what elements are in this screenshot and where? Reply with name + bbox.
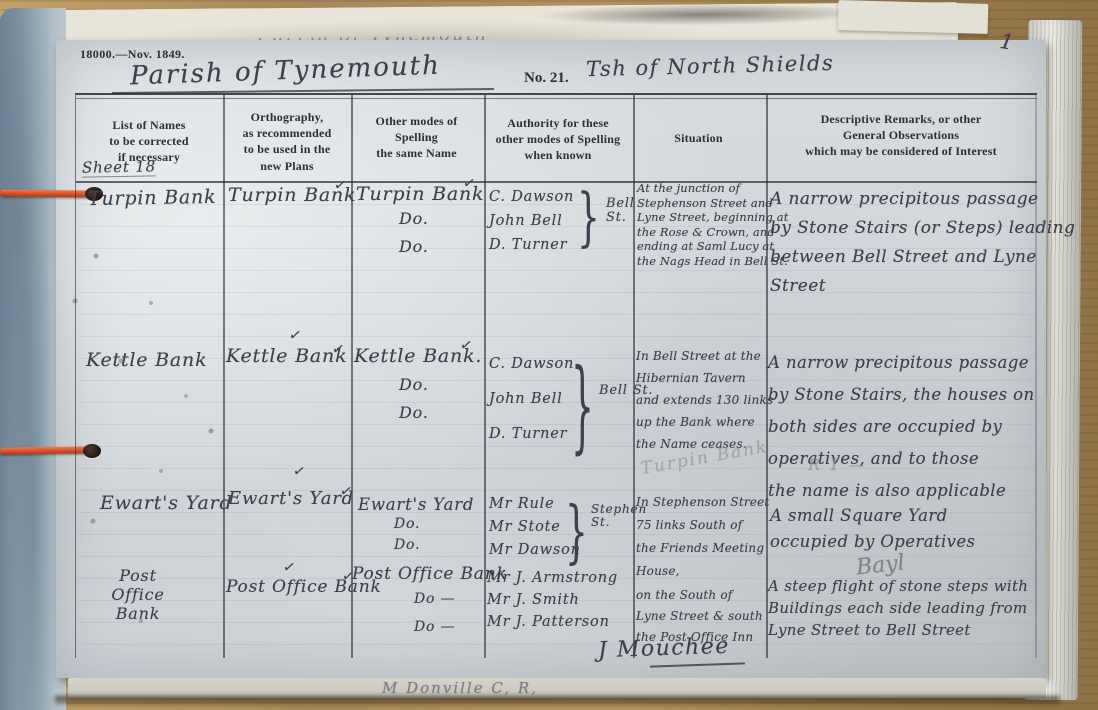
- sheet-number-label: No. 21.: [524, 70, 569, 87]
- next-page-edge: [68, 678, 1046, 698]
- column-divider-1: [223, 95, 225, 658]
- row1-situation: At the junction of Stephenson Street and…: [637, 181, 788, 268]
- column-header-authority: Authority for these other modes of Spell…: [485, 115, 631, 164]
- row2-authorities: C. Dawson John Bell D. Turner: [489, 347, 574, 452]
- row2-other-spelling-3: Do.: [399, 403, 429, 422]
- column-header-other-spellings: Other modes of Spelling the same Name: [352, 113, 481, 162]
- column-header-situation: Situation: [634, 130, 763, 146]
- row3-orthography: Ewart's Yard: [228, 488, 354, 509]
- row4-remarks: A steep flight of stone steps with Build…: [768, 575, 1028, 641]
- row3-situation: In Stephenson Street 75 links South of t…: [636, 491, 769, 583]
- row3-name: Ewart's Yard: [100, 492, 232, 514]
- row2-orthography: Kettle Bank: [226, 345, 347, 367]
- header-separator-line: [76, 181, 1037, 183]
- row3-other-spelling-1: Ewart's Yard: [358, 495, 474, 514]
- row3-other-spelling-3: Do.: [394, 537, 420, 553]
- column-divider-4: [633, 95, 635, 658]
- brace-icon: }: [571, 350, 594, 465]
- column-divider-6: [1035, 95, 1037, 658]
- row1-authority-street: Bell St.: [606, 197, 635, 225]
- next-page-partial-text: M Donville C, R,: [382, 679, 538, 697]
- row2-name: Kettle Bank: [86, 349, 207, 371]
- brace-icon: }: [565, 494, 588, 572]
- row4-other-spelling-2: Do —: [414, 591, 455, 607]
- row4-name: Post Office Bank: [90, 566, 186, 623]
- row1-name: Turpin Bank: [88, 186, 217, 210]
- brace-icon: }: [577, 181, 600, 255]
- row3-remarks: A small Square Yard occupied by Operativ…: [770, 503, 975, 555]
- row4-other-spelling-1: Post Office Bank: [352, 564, 508, 584]
- row1-remarks: A narrow precipitous passage by Stone St…: [770, 185, 1098, 301]
- row2-remarks: A narrow precipitous passage by Stone St…: [768, 347, 1035, 507]
- row4-other-spelling-3: Do —: [414, 619, 455, 635]
- pencil-scribble: Bayl: [855, 551, 906, 581]
- column-header-orthography: Orthography, as recommended to be used i…: [224, 109, 350, 174]
- row1-other-spelling-2: Do.: [399, 209, 429, 228]
- column-header-remarks: Descriptive Remarks, or other General Ob…: [767, 111, 1035, 160]
- row1-authorities: C. Dawson John Bell D. Turner: [489, 185, 574, 257]
- column-header-names: List of Names to be corrected if necessa…: [78, 117, 220, 166]
- row1-other-spelling-3: Do.: [399, 237, 429, 256]
- desk-scene: Parish of Tynemouth 18000.—Nov. 1849. Pa…: [0, 0, 1098, 710]
- surveyor-signature: J Mouchee: [598, 634, 731, 664]
- loose-page-corner: [838, 0, 989, 34]
- paper-specks: [0, 0, 2, 2]
- row2-other-spelling-2: Do.: [399, 375, 429, 394]
- row3-other-spelling-2: Do.: [394, 516, 420, 532]
- pencil-note-ref: R 1 —: [808, 455, 866, 474]
- row4-authorities: Mr J. Armstrong Mr J. Smith Mr J. Patter…: [487, 567, 618, 633]
- page-bottom-shadow: [55, 696, 1060, 707]
